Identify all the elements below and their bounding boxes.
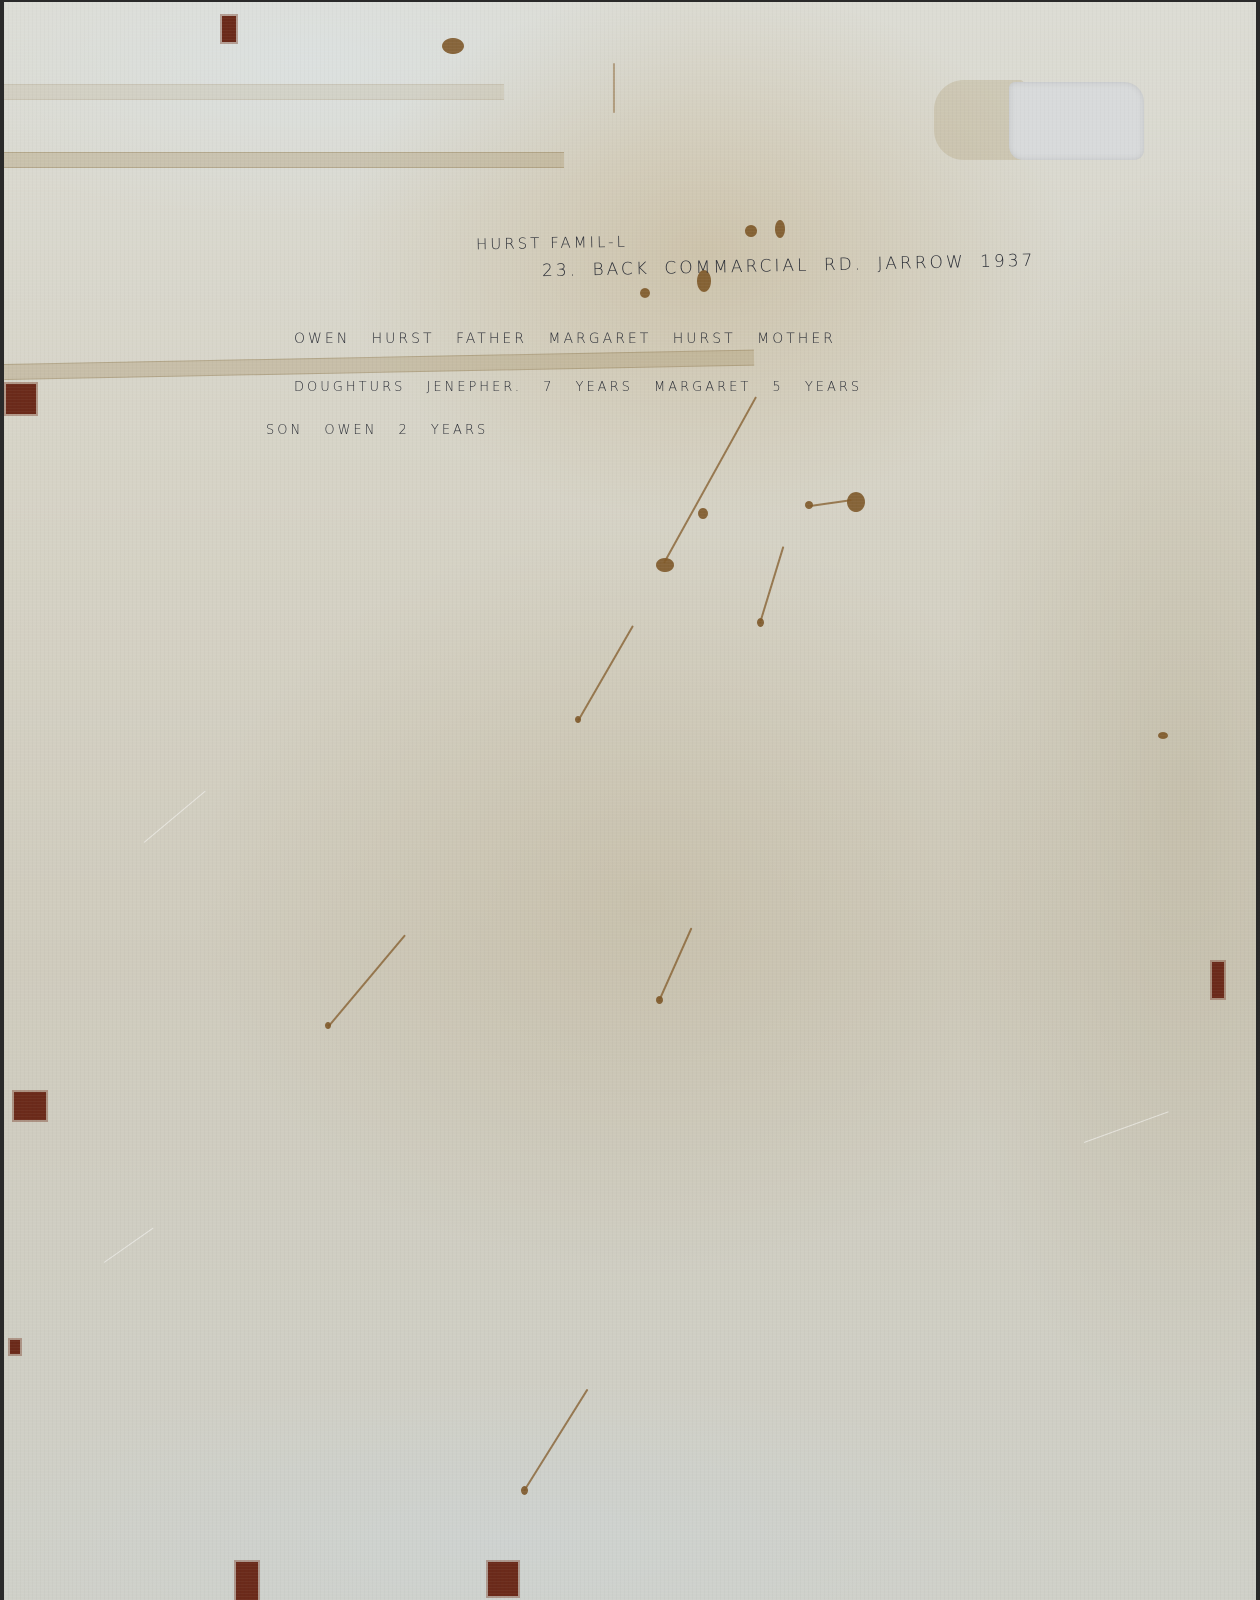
drip-streak bbox=[613, 63, 615, 113]
peeled-paper-patch bbox=[1009, 82, 1144, 160]
drip-streak bbox=[759, 546, 784, 623]
stain-blob bbox=[847, 492, 865, 512]
rust-mark bbox=[14, 1092, 46, 1120]
stain-blob bbox=[775, 220, 785, 238]
drip-streak bbox=[810, 499, 852, 507]
scratch-mark bbox=[1084, 1111, 1169, 1143]
drip-streak bbox=[577, 625, 634, 721]
rust-mark bbox=[6, 384, 36, 414]
scratch-mark bbox=[104, 1228, 154, 1263]
tape-residue-upper bbox=[4, 84, 504, 100]
inscription-address: 23. Back Commarcial Rd. Jarrow 1937 bbox=[542, 251, 1036, 281]
drip-streak bbox=[523, 1389, 588, 1492]
stain-blob bbox=[640, 288, 650, 298]
tape-residue-mid bbox=[4, 350, 754, 380]
drip-streak bbox=[327, 934, 406, 1027]
inscription-son: Son Owen 2 years bbox=[266, 423, 488, 438]
photo-board-back: Hurst Famil-l 23. Back Commarcial Rd. Ja… bbox=[4, 2, 1256, 1600]
rust-mark bbox=[222, 16, 236, 42]
scratch-mark bbox=[144, 791, 206, 843]
drip-streak bbox=[663, 396, 757, 563]
tape-residue-top bbox=[4, 152, 564, 168]
rust-mark bbox=[1212, 962, 1224, 998]
stain-blob bbox=[442, 38, 464, 54]
inscription-title: Hurst Famil-l bbox=[476, 233, 628, 254]
stain-blob bbox=[1158, 732, 1168, 739]
rust-mark bbox=[10, 1340, 20, 1354]
rust-mark bbox=[488, 1562, 518, 1596]
drip-streak bbox=[658, 928, 692, 1002]
inscription-parents: Owen Hurst Father Margaret Hurst Mother bbox=[294, 331, 836, 347]
stain-blob bbox=[698, 508, 708, 519]
stain-blob bbox=[745, 225, 757, 237]
rust-mark bbox=[236, 1562, 258, 1600]
inscription-daughters: Doughturs Jenepher. 7 years Margaret 5 y… bbox=[294, 380, 862, 395]
